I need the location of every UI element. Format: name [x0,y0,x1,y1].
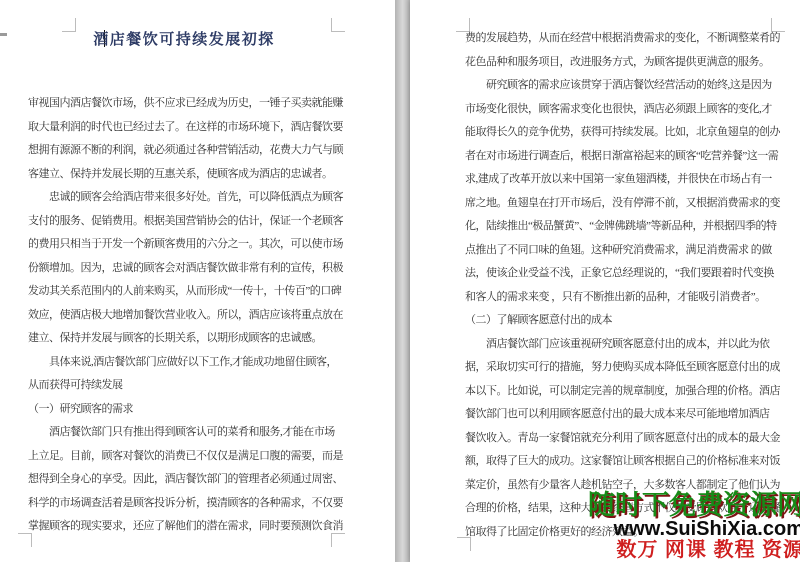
text-line[interactable]: 的费用只相当于开发一个新顾客费用的六分之一。其次，可以使市场 [28,233,346,257]
text-line[interactable]: 建立、保持并发展与顾客的长期关系，以期形成顾客的忠诚感。 [28,327,346,351]
text-line[interactable]: 点推出了不同口味的鱼翅。这种研究消费需求，满足消费需求 的做 [465,239,783,263]
page-gutter [395,0,410,562]
document-page-2[interactable]: 费的发展趋势，从而在经营中根据消费需求的变化，不断调整菜肴的花色品种和服务项目，… [410,0,800,562]
text-line[interactable]: 支付的服务、促销费用。根据美国营销协会的估计，保证一个老顾客 [28,210,346,234]
text-line[interactable]: 客建立、保持并发展长期的互惠关系，使顾客成为酒店的忠诚者。 [28,163,346,187]
text-line[interactable]: 额，取得了巨大的成功。这家餐馆让顾客根据自己的价格标准来对饭 [465,450,783,474]
document-title[interactable]: 酒店餐饮可持续发展初探 [28,28,340,50]
text-line[interactable]: （一）研究顾客的需求 [28,398,346,422]
text-line[interactable]: （二）了解顾客愿意付出的成本 [465,309,783,333]
text-line[interactable]: 化，陆续推出“极品蟹黄”、“金牌佛跳墙”等新品种，并根据四季的特 [465,215,783,239]
text-line[interactable]: 据，采取切实可行的措施，努力使购买成本降低至顾客愿意付出的成 [465,356,783,380]
text-line[interactable]: 份额增加。因为，忠诚的顾客会对酒店餐饮做非常有利的宣传，积极 [28,257,346,281]
text-line[interactable]: 市场变化很快，顾客需求变化也很快，酒店必须跟上顾客的变化,才 [465,98,783,122]
text-line[interactable]: 审视国内酒店餐饮市场，供不应求已经成为历史，一锤子买卖就能赚 [28,92,346,116]
text-line[interactable]: 效应，使酒店极大地增加餐饮营业收入。所以，酒店应该将重点放在 [28,304,346,328]
text-line[interactable]: 具体来说,酒店餐饮部门应做好以下工作,才能成功地留住顾客， [28,351,346,375]
text-line[interactable]: 科学的市场调查活着是顾客投诉分析，摸清顾客的各种需求，不仅要 [28,492,346,516]
text-line[interactable]: 发动其关系范围内的人前来购买，从而形成“一传十，十传百”的口碑 [28,280,346,304]
site-watermark: 随时下免费资源网 www.SuiShiXia.com 数万 网课 教程 资源 [588,492,800,562]
text-line[interactable]: 费的发展趋势，从而在经营中根据消费需求的变化，不断调整菜肴的 [465,27,783,51]
watermark-site-name: 随时下免费资源网 [588,492,800,519]
text-line[interactable]: 忠诚的顾客会给酒店带来很多好处。首先，可以降低酒点为顾客 [28,186,346,210]
text-line[interactable]: 花色品种和服务项目，改进服务方式，为顾客提供更满意的服务。 [465,51,783,75]
text-line[interactable]: 餐饮部门也可以利用顾客愿意付出的最大成本来尽可能地增加酒店 [465,403,783,427]
text-line[interactable]: 本以下。比如说，可以制定完善的规章制度，加强合理的价格。酒店 [465,380,783,404]
text-line[interactable]: 掌握顾客的现实要求，还应了解他们的潜在需求，同时要预测饮食消 [28,515,346,539]
text-line[interactable]: 法，使该企业受益不浅，正象它总经理说的，“我们要跟着时代变换 [465,262,783,286]
text-line[interactable]: 研究顾客的需求应该贯穿于酒店餐饮经营活动的始终,这是因为 [465,74,783,98]
text-line[interactable]: 酒店餐饮部门应该重视研究顾客愿意付出的成本，并以此为依 [465,333,783,357]
text-line[interactable]: 酒店餐饮部门只有推出得到顾客认可的菜肴和服务,才能在市场 [28,421,346,445]
text-line[interactable]: 者在对市场进行调查后，根据日渐富裕起来的顾客“吃营养餐”这一需 [465,145,783,169]
text-line[interactable]: 想得到全身心的享受。因此，酒店餐饮部门的管理者必须通过周密、 [28,468,346,492]
watermark-site-slogan: 数万 网课 教程 资源 [588,540,800,562]
text-line[interactable]: 想拥有源源不断的利润，就必须通过各种营销活动，花费大力气与顾 [28,139,346,163]
text-line[interactable]: 和客人的需求来变 ，只有不断推出新的品种，才能吸引消费者”。 [465,286,783,310]
text-line[interactable]: 上立足。目前，顾客对餐饮的消费已不仅仅是满足口腹的需要，而是 [28,445,346,469]
page-2-body-text[interactable]: 费的发展趋势，从而在经营中根据消费需求的变化，不断调整菜肴的花色品种和服务项目，… [465,27,783,544]
document-page-1[interactable]: 酒店餐饮可持续发展初探 审视国内酒店餐饮市场，供不应求已经成为历史，一锤子买卖就… [0,0,395,562]
text-line[interactable]: 席之地。鱼翅皇在打开市场后，没有停滞不前，又根据消费需求的变 [465,192,783,216]
text-line[interactable]: 求,建成了改革开放以来中国第一家鱼翅酒楼，并很快在市场占有一 [465,168,783,192]
text-line[interactable]: 取大量利润的时代也已经过去了。在这样的市场环境下，酒店餐饮要 [28,116,346,140]
text-line[interactable]: 餐饮收入。青岛一家餐馆就充分利用了顾客愿意付出的成本的最大金 [465,427,783,451]
left-edge-tick [0,33,7,36]
text-line[interactable]: 从而获得可持续发展 [28,374,346,398]
page-1-body-text[interactable]: 审视国内酒店餐饮市场，供不应求已经成为历史，一锤子买卖就能赚取大量利润的时代也已… [28,92,346,539]
text-line[interactable]: 能取得长久的竞争优势，获得可持续发展。比如，北京鱼翅皇的创办 [465,121,783,145]
watermark-site-url: www.SuiShiXia.com [588,519,800,539]
